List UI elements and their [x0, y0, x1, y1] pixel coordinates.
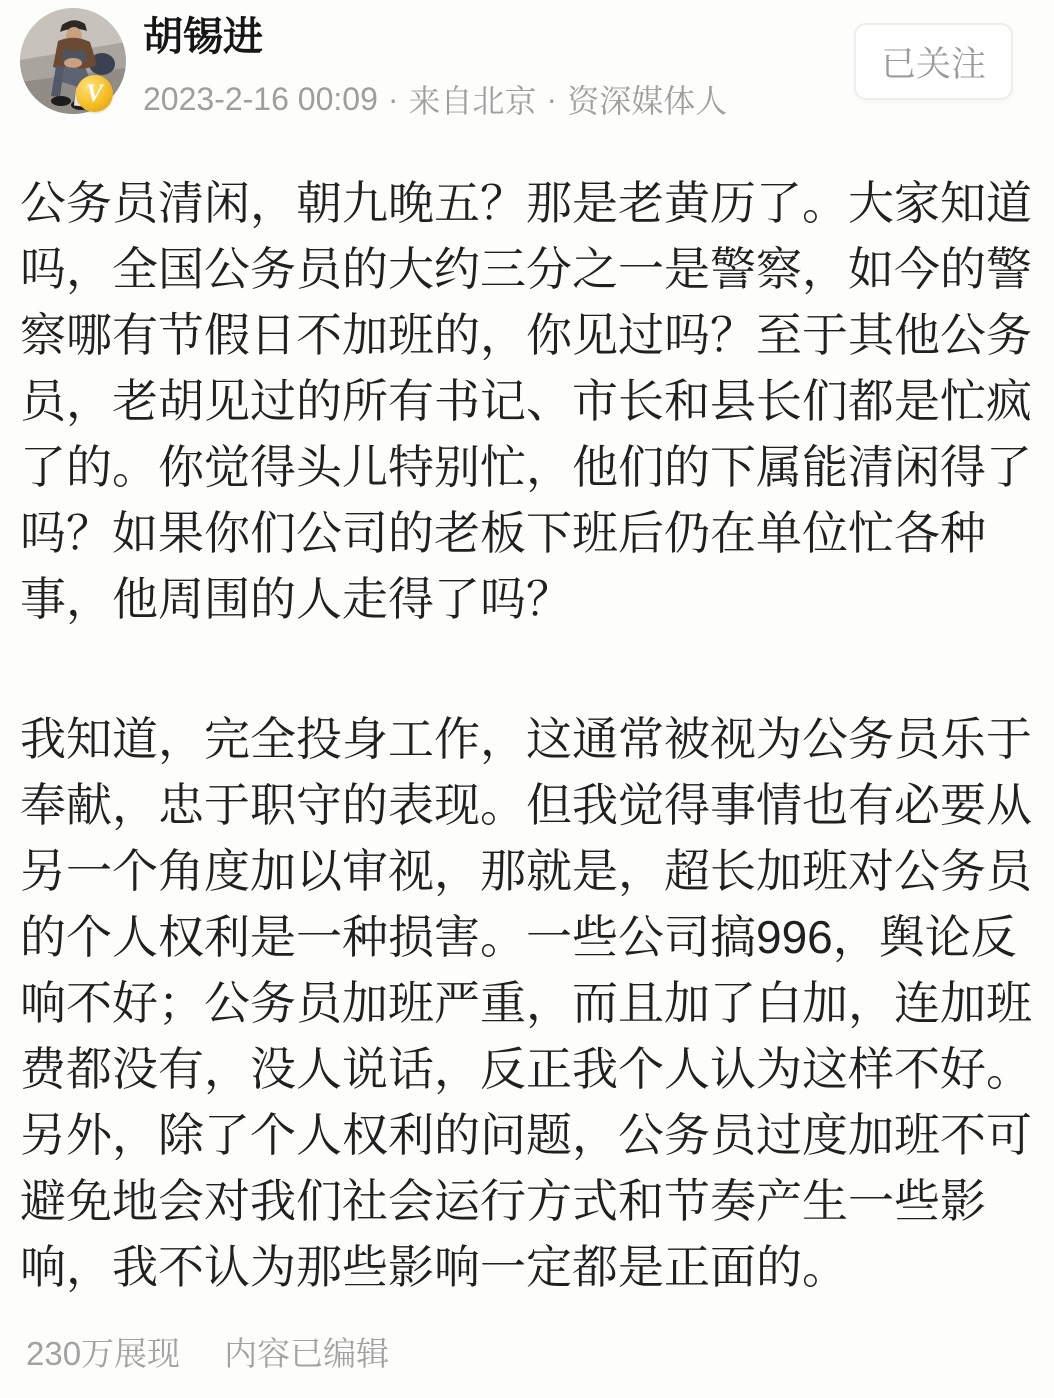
post-body: 公务员清闲，朝九晚五？那是老黄历了。大家知道吗，全国公务员的大约三分之一是警察，…	[20, 170, 1034, 1300]
avatar[interactable]: V	[20, 8, 126, 114]
edited-label: 内容已编辑	[224, 1328, 389, 1375]
verified-badge-icon: V	[76, 75, 113, 112]
user-role-label: 资深媒体人	[567, 76, 727, 122]
weibo-post-card: V 胡锡进 2023-2-16 00:09 · 来自北京 · 资深媒体人 已关注…	[0, 0, 1054, 1398]
meta-dot-separator: ·	[547, 81, 558, 118]
post-meta: 2023-2-16 00:09 · 来自北京 · 资深媒体人	[143, 76, 727, 122]
follow-button[interactable]: 已关注	[854, 23, 1013, 100]
meta-dot-separator: ·	[388, 81, 399, 118]
post-paragraph-2: 我知道，完全投身工作，这通常被视为公务员乐于奉献，忠于职守的表现。但我觉得事情也…	[20, 706, 1034, 1300]
post-timestamp: 2023-2-16 00:09	[143, 81, 378, 118]
post-location: 来自北京	[409, 76, 537, 122]
post-footer: 230万展现 内容已编辑	[0, 1328, 1054, 1375]
user-name[interactable]: 胡锡进	[143, 14, 727, 60]
identity-block: 胡锡进 2023-2-16 00:09 · 来自北京 · 资深媒体人	[143, 14, 727, 122]
post-header: V 胡锡进 2023-2-16 00:09 · 来自北京 · 资深媒体人 已关注	[0, 0, 1054, 128]
impressions-count: 230万展现	[26, 1328, 180, 1375]
post-paragraph-1: 公务员清闲，朝九晚五？那是老黄历了。大家知道吗，全国公务员的大约三分之一是警察，…	[20, 170, 1034, 632]
